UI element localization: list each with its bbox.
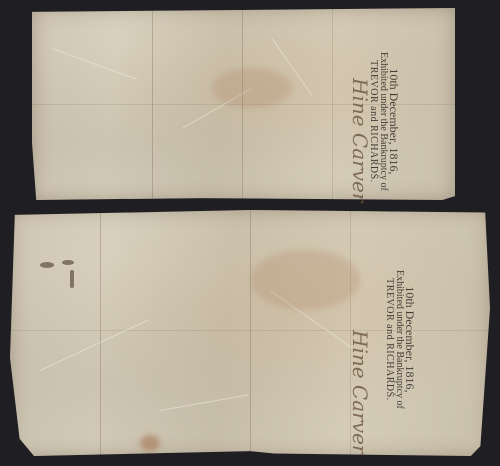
signature-top: Hine Carver <box>348 78 372 202</box>
stamp-parties: TREVOR and RICHARDS. <box>384 270 394 409</box>
fold-crease <box>100 210 101 456</box>
stamp-exhibited: Exhibited under the Bankruptcy of <box>378 52 388 191</box>
paper-crack <box>160 394 249 411</box>
stamp-date: 10th December, 1816, <box>404 270 416 409</box>
paper-crack <box>52 48 137 80</box>
fold-crease <box>10 330 490 331</box>
paper-crack <box>40 319 149 371</box>
endorsement-stamp-bottom: 10th December, 1816, Exhibited under the… <box>384 270 416 409</box>
signature-bottom: Hine Carver <box>348 330 372 454</box>
stain <box>250 250 360 310</box>
stamp-date: 10th December, 1816, <box>388 52 400 191</box>
endorsement-stamp-top: 10th December, 1816, Exhibited under the… <box>368 52 400 191</box>
ink-blot <box>40 262 54 268</box>
stamp-exhibited: Exhibited under the Bankruptcy of <box>394 270 404 409</box>
banknote-bottom <box>10 210 490 456</box>
stain <box>140 435 160 451</box>
fold-crease <box>250 210 251 456</box>
ink-blot <box>70 270 74 288</box>
ink-blot <box>62 260 74 265</box>
stain <box>212 68 292 108</box>
